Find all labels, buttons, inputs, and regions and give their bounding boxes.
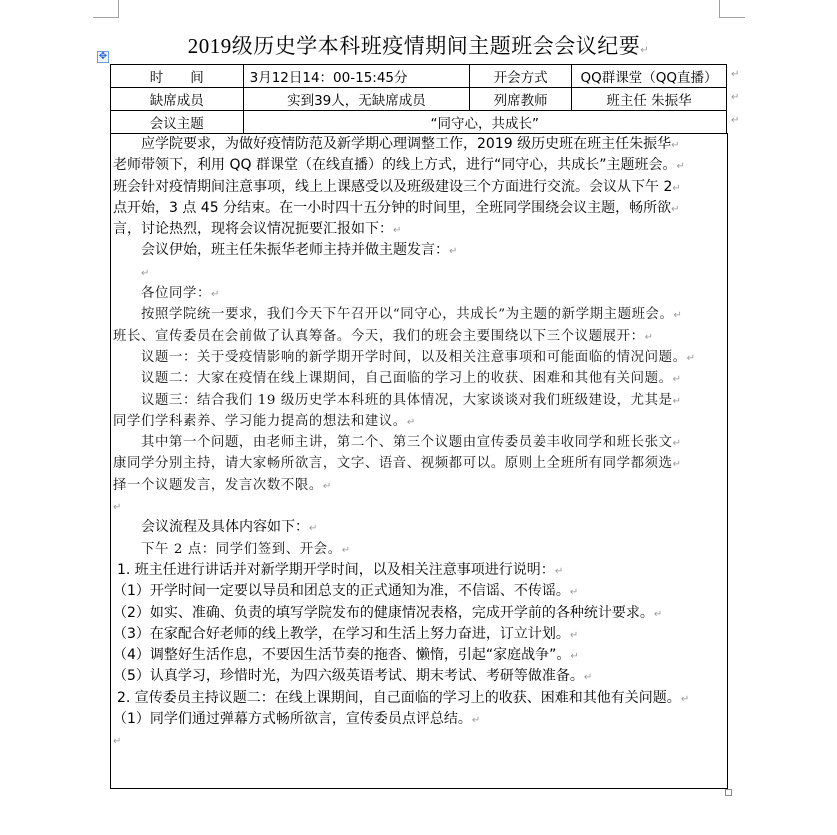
sub-item: （2）如实、准确、负责的填写学院发布的健康情况表格，完成开学前的各种统计要求。↵ xyxy=(113,603,725,624)
speech-line: 各位同学：↵ xyxy=(113,283,725,304)
body-line: 班会针对疫情期间注意事项，线上上课感受以及班级建设三个方面进行交流。会议从下午 … xyxy=(113,177,725,198)
value-time: 3月12日14：00-15:45分 xyxy=(243,65,470,88)
paragraph-mark: ↵ xyxy=(570,651,578,662)
paragraph-mark: ↵ xyxy=(673,374,682,385)
paragraph-mark: ↵ xyxy=(645,332,654,343)
paragraph-mark: ↵ xyxy=(393,225,401,236)
speech-line: 康同学分别主持，请大家畅所欲言，文字、语音、视频都可以。原则上全班所有同学都须选… xyxy=(113,453,725,474)
paragraph-mark: ↵ xyxy=(407,417,416,428)
paragraph-mark: ↵ xyxy=(674,310,683,321)
sub-item: （1）同学们通过弹幕方式畅所欲言，宣传委员点评总结。↵ xyxy=(113,709,725,730)
paragraph-mark: ↵ xyxy=(654,609,662,620)
speech-line-topic-2: 议题二：大家在疫情在线上课期间，自己面临的学习上的收获、困难和其他有关问题。↵ xyxy=(113,368,725,389)
paragraph-mark: ↵ xyxy=(671,140,679,151)
paragraph-mark: ↵ xyxy=(555,566,563,577)
speech-line: 其中第一个问题，由老师主讲，第二个、第三个议题由宣传委员姜丰收同学和班长张文↵ xyxy=(113,432,725,453)
body-line-empty: ↵ xyxy=(113,262,725,283)
body-line: 应学院要求，为做好疫情防范及新学期心理调整工作，2019 级历史班在班主任朱振华… xyxy=(113,134,725,155)
speech-line: 择一个议题发言，发言次数不限。↵ xyxy=(113,475,725,496)
row-end-mark: ↵ xyxy=(731,115,739,126)
value-absent: 实到39人，无缺席成员 xyxy=(243,88,470,111)
sub-item: （4）调整好生活作息，不要因生活节奏的拖沓、懒惰，引起“家庭战争”。↵ xyxy=(113,645,725,666)
speech-line: 班长、宣传委员在会前做了认真筹备。今天，我们的班会主要围绕以下三个议题展开：↵ xyxy=(113,326,725,347)
document-title: 2019级历史学本科班疫情期间主题班会会议纪要↵ xyxy=(0,30,837,60)
label-absent: 缺席成员 xyxy=(111,88,244,111)
sub-item: （3）在家配合好老师的线上教学，在学习和生活上努力奋进，订立计划。↵ xyxy=(113,624,725,645)
sub-item: （5）认真学习，珍惜时光，为四六级英语考试、期末考试、考研等做准备。↵ xyxy=(113,666,725,687)
label-method: 开会方式 xyxy=(470,65,572,88)
body-line: 下午 2 点：同学们签到、开会。↵ xyxy=(113,539,725,560)
speech-line-topic-1: 议题一：关于受疫情影响的新学期开学时间，以及相关注意事项和可能面临的情况问题。↵ xyxy=(113,347,725,368)
crop-mark-top-left xyxy=(93,0,119,18)
paragraph-mark: ↵ xyxy=(584,672,592,683)
body-line: 老师带领下，利用 QQ 群课堂（在线直播）的线上方式，进行“同守心，共成长”主题… xyxy=(113,155,725,176)
paragraph-mark: ↵ xyxy=(640,45,649,56)
paragraph-mark: ↵ xyxy=(141,268,149,279)
paragraph-mark: ↵ xyxy=(309,523,317,534)
label-time: 时 间 xyxy=(111,65,244,88)
paragraph-mark: ↵ xyxy=(113,502,121,513)
crop-mark-top-right xyxy=(719,0,745,18)
value-method: QQ群课堂（QQ直播） xyxy=(572,65,727,88)
row-end-mark: ↵ xyxy=(731,92,739,103)
speech-line: 按照学院统一要求，我们今天下午召开以“同守心，共成长”为主题的新学期主题班会。↵ xyxy=(113,304,725,325)
table-row-attendance: 缺席成员 实到39人，无缺席成员 列席教师 班主任 朱振华 xyxy=(111,88,727,111)
paragraph-mark: ↵ xyxy=(676,161,684,172)
paragraph-mark: ↵ xyxy=(570,587,578,598)
paragraph-mark: ↵ xyxy=(570,630,578,641)
sub-item: （1）开学时间一定要以导员和团总支的正式通知为准，不信谣、不传谣。↵ xyxy=(113,581,725,602)
body-line: 点开始，3 点 45 分结束。在一小时四十五分钟的时间里，全班同学围绕会议主题，… xyxy=(113,198,725,219)
table-move-handle-icon[interactable]: ✥ xyxy=(97,51,109,63)
label-theme: 会议主题 xyxy=(111,111,244,134)
paragraph-mark: ↵ xyxy=(323,481,332,492)
table-resize-handle[interactable] xyxy=(725,789,732,796)
minutes-body: 应学院要求，为做好疫情防范及新学期心理调整工作，2019 级历史班在班主任朱振华… xyxy=(113,134,725,752)
list-item-1: 1. 班主任进行讲话并对新学期开学时间，以及相关注意事项进行说明：↵ xyxy=(113,560,725,581)
table-row-time: 时 间 3月12日14：00-15:45分 开会方式 QQ群课堂（QQ直播） xyxy=(111,65,727,88)
paragraph-mark: ↵ xyxy=(672,183,680,194)
paragraph-mark: ↵ xyxy=(673,459,682,470)
row-end-mark: ↵ xyxy=(731,69,739,80)
value-teacher: 班主任 朱振华 xyxy=(572,88,727,111)
label-teacher: 列席教师 xyxy=(470,88,572,111)
paragraph-mark: ↵ xyxy=(449,246,457,257)
speech-line-topic-3: 议题三：结合我们 19 级历史学本科班的具体情况，大家谈谈对我们班级建设，尤其是… xyxy=(113,390,725,411)
paragraph-mark: ↵ xyxy=(113,736,121,747)
speech-line: 同学们学科素养、学习能力提高的想法和建议。↵ xyxy=(113,411,725,432)
table-row-theme: 会议主题 “同守心，共成长” xyxy=(111,111,727,134)
paragraph-mark: ↵ xyxy=(472,715,480,726)
paragraph-mark: ↵ xyxy=(211,289,220,300)
body-line: 会议流程及具体内容如下：↵ xyxy=(113,517,725,538)
body-line-empty: ↵ xyxy=(113,496,725,517)
paragraph-mark: ↵ xyxy=(673,396,682,407)
meeting-info-table: 时 间 3月12日14：00-15:45分 开会方式 QQ群课堂（QQ直播） 缺… xyxy=(110,64,727,134)
paragraph-mark: ↵ xyxy=(673,438,682,449)
paragraph-mark: ↵ xyxy=(681,694,689,705)
body-line: 言，讨论热烈，现将会议情况扼要汇报如下：↵ xyxy=(113,219,725,240)
list-item-2: 2. 宣传委员主持议题二：在线上课期间，自己面临的学习上的收获、困难和其他有关问… xyxy=(113,688,725,709)
body-line-empty: ↵ xyxy=(113,730,725,751)
paragraph-mark: ↵ xyxy=(687,353,696,364)
value-theme: “同守心，共成长” xyxy=(243,111,726,134)
paragraph-mark: ↵ xyxy=(671,204,679,215)
paragraph-mark: ↵ xyxy=(342,545,351,556)
body-line: 会议伊始，班主任朱振华老师主持并做主题发言：↵ xyxy=(113,240,725,261)
